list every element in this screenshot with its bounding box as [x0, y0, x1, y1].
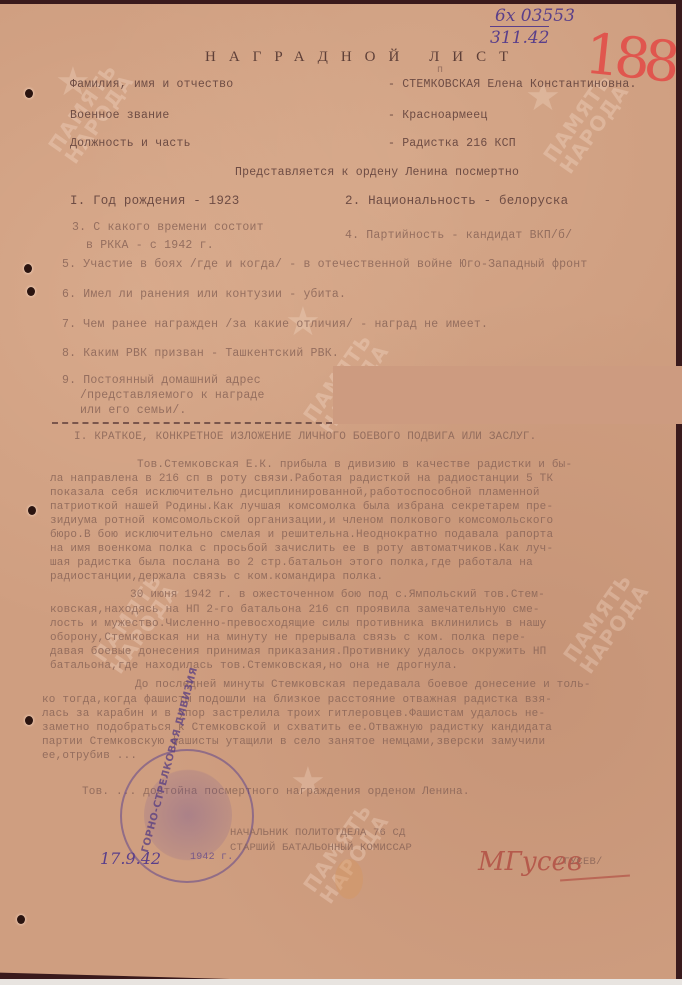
section-heading: I. КРАТКОЕ, КОНКРЕТНОЕ ИЗЛОЖЕНИЕ ЛИЧНОГО…: [74, 431, 536, 443]
signatory-name: /ГУСЕВ/: [557, 856, 603, 868]
body-line: бюро.В бою исключительно смелая и решите…: [50, 529, 553, 541]
body-line: оборону,Стемковская ни на минуту не прер…: [50, 632, 526, 644]
stamp-date-mark: 1942 г.: [190, 852, 233, 863]
body-line: Тов.Стемковская Е.К. прибыла в дивизию в…: [137, 459, 572, 471]
item-address-cont: /представляемого к награде: [80, 389, 265, 402]
item-address-cont: или его семьи/.: [80, 404, 187, 417]
punch-hole: [24, 264, 32, 273]
body-line: 30 июня 1942 г. в ожесточенном бою под с…: [130, 589, 545, 601]
watermark: ПАМЯТЬНАРОДА: [560, 569, 652, 676]
item-service-since: 3. С какого времени состоит: [72, 221, 264, 234]
field-label-position: Должность и часть: [70, 137, 191, 150]
punch-hole: [28, 506, 36, 515]
body-line: давая боевые донесения принимая приказан…: [50, 646, 546, 658]
body-line: радиостанции,держала связь с ком.команди…: [50, 571, 383, 583]
body-line: заметно подобраться к Стемковской и схва…: [42, 722, 552, 734]
item-address: 9. Постоянный домашний адрес: [62, 374, 261, 387]
field-label-name: Фамилия, имя и отчество: [70, 78, 233, 91]
punch-hole: [17, 915, 25, 924]
handwritten-date: 17.9.42: [100, 849, 161, 868]
signatory-title: НАЧАЛЬНИК ПОЛИТОТДЕЛА 76 СД: [230, 827, 406, 839]
dashed-divider: [52, 422, 332, 424]
body-line: батальона,где находилась тов.Стемковская…: [50, 660, 458, 672]
body-line: До последней минуты Стемковская передава…: [135, 679, 591, 691]
item-party: 4. Партийность - кандидат ВКП/б/: [345, 229, 572, 242]
item-wounds: 6. Имел ли ранения или контузии - убита.: [62, 288, 346, 301]
body-line: показала себя исключительно дисциплиниро…: [50, 487, 540, 499]
body-line: на имя военкома полка с просьбой зачисли…: [50, 543, 553, 555]
archive-number: 311.42: [490, 26, 549, 48]
archive-number: 6х 03553: [495, 6, 575, 26]
item-birth-year: I. Год рождения - 1923: [70, 194, 239, 208]
award-sheet-page: ПАМЯТЬНАРОДА ПАМЯТЬНАРОДА ПАМЯТЬНАРОДА П…: [0, 4, 676, 979]
scan-margin: [0, 979, 682, 985]
body-line: шая радистка была послана во 2 стр.батал…: [50, 557, 533, 569]
torn-corner: [0, 971, 230, 979]
body-line: лась за карабин и в упор застрелила трои…: [42, 708, 545, 720]
body-line: ковская,находясь на НП 2-го батальона 21…: [50, 604, 540, 616]
body-line: патриоткой нашей Родины.Как лучшая комсо…: [50, 501, 553, 513]
stain: [335, 859, 363, 899]
body-line: зидиума ротной комсомольской организации…: [50, 515, 553, 527]
field-value-position: - Радистка 216 КСП: [388, 137, 516, 150]
field-label-rank: Военное звание: [70, 109, 169, 122]
field-value-rank: - Красноармеец: [388, 109, 487, 122]
field-value-name: - СТЕМКОВСКАЯ Елена Константиновна.: [388, 78, 637, 91]
nomination-line: Представляется к ордену Ленина посмертно: [235, 166, 519, 179]
body-line: ла направлена в 216 сп в роту связи.Рабо…: [50, 473, 553, 485]
item-battles: 5. Участие в боях /где и когда/ - в отеч…: [62, 258, 587, 271]
signatory-rank: СТАРШИЙ БАТАЛЬОННЫЙ КОМИССАР: [230, 842, 412, 854]
star-watermark-icon: ★: [290, 759, 326, 805]
punch-hole: [25, 716, 33, 725]
redacted-address-block: [333, 366, 682, 424]
punch-hole: [27, 287, 35, 296]
item-nationality: 2. Национальность - белоруска: [345, 194, 568, 208]
document-title: НАГРАДНОЙ ЛИСТ: [205, 49, 521, 66]
punch-hole: [25, 89, 33, 98]
item-previous-awards: 7. Чем ранее награжден /за какие отличия…: [62, 318, 488, 331]
item-service-since-value: в РККА - с 1942 г.: [86, 239, 214, 252]
item-draft-office: 8. Каким РВК призван - Ташкентский РВК.: [62, 347, 339, 360]
superscript-mark: п: [437, 65, 443, 76]
body-line: ко тогда,когда фашисты подошли на близко…: [42, 694, 552, 706]
body-line: партии Стемковскую фашисты утащили в сел…: [42, 736, 545, 748]
body-line: лость и мужество.Численно-превосходящие …: [50, 618, 546, 630]
